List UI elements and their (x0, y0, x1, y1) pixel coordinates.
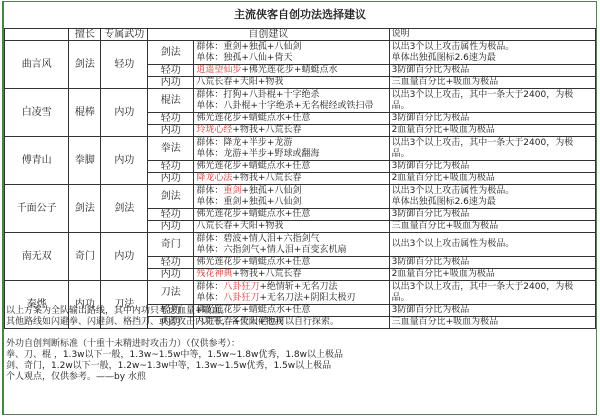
suggestion-prefix: 群体： (196, 42, 223, 52)
skill-note: 2血量百分比+吸血为极品 (389, 269, 595, 281)
suggestion-line: 群体：碧波+情人泪+六指剑气 (196, 234, 386, 245)
note-line: 以出3个以上攻击，其中一条大于2400，为极 (392, 138, 593, 149)
suggestion-text: +绝情斩+无名刀法 (259, 282, 337, 292)
table-body: 曲言风剑法轻功剑法群体：重剑+独孤+八仙剑单体：独孤+八仙+倚天以出3个以上攻击… (5, 41, 596, 329)
skill-note: 3防御百分比为极品 (389, 257, 595, 269)
suggestion-line: 单体：重剑+独孤+八仙剑 (196, 197, 386, 208)
note-line: 三血量百分比+吸血为极品 (392, 317, 593, 328)
suggestion-line: 单体：六指剑气+情人泪+百变玄机扇 (196, 245, 386, 256)
hero-exclusive: 内功 (101, 137, 148, 185)
note-line: 3防御百分比为极品 (392, 257, 593, 268)
skill-note: 以出3个以上攻击属性为极品。单体出独孤图标2.6速为最 (389, 185, 595, 209)
suggestion-line: 单体：八卦棍+十字绝杀+无名棍经或铁扫帚 (196, 101, 386, 112)
recommendation-table: 擅长 专属武功 自创建议 说明 曲言风剑法轻功剑法群体：重剑+独孤+八仙剑单体：… (4, 28, 596, 329)
suggestion-text: +物我+八荒长春 (232, 269, 301, 279)
suggestion-line: 单体：八卦狂刀+无名刀法+阴阳太极刃 (196, 293, 386, 304)
suggestion-prefix: 单体： (196, 197, 223, 207)
suggestion-text: +独孤+八仙剑 (241, 186, 301, 196)
skill-suggestion: 玲珑心经+物我+八荒长春 (194, 125, 389, 137)
suggestion-text: +物我+八荒长春 (232, 173, 301, 183)
header-suggestion: 自创建议 (148, 29, 389, 41)
suggestion-text: 六指剑气+情人泪+百变玄机扇 (223, 245, 346, 255)
suggestion-text: 降龙+半步+龙游 (223, 138, 292, 148)
note-line: 三血量百分比+吸血为极品 (392, 77, 593, 88)
skill-type: 剑法 (148, 41, 194, 65)
skill-type: 轻功 (148, 257, 194, 269)
suggestion-prefix: 单体： (196, 245, 223, 255)
skill-note: 以出3个以上攻击，其中一条大于2400，为极品。 (389, 137, 595, 161)
skill-type: 轻功 (148, 113, 194, 125)
skill-type: 轻功 (148, 209, 194, 221)
note-line: 3防御百分比为极品 (392, 305, 593, 316)
skill-note: 3防御百分比为极品 (389, 161, 595, 173)
note-line: 2血量百分比+吸血为极品 (392, 269, 593, 280)
skill-note: 2血量百分比+吸血为极品 (389, 173, 595, 185)
suggestion-text: 八荒长春+天阳+物我 (196, 77, 283, 87)
skill-suggestion: 群体：碧波+情人泪+六指剑气单体：六指剑气+情人泪+百变玄机扇 (194, 233, 389, 257)
skill-note: 以出3个以上攻击，其中一条大于2400，为极品。 (389, 281, 595, 305)
note-line: 3防御百分比为极品 (392, 113, 593, 124)
skill-suggestion: 佛光莲花步+蜻蜓点水+任意 (194, 161, 389, 173)
suggestion-line: 残花神典+物我+八荒长春 (196, 269, 386, 280)
hero-name: 白凌雪 (5, 89, 69, 137)
footer-note: 剑、奇门，1.2w以下一般，1.2w~1.3w中等，1.3w~1.5w优秀，1.… (6, 361, 343, 372)
footer-note: 其他路线如闪避拳、闪避剑、格挡刀、或者攻击内功等，各位大佬也可以自行探索。 (6, 317, 343, 328)
suggestion-text: 佛光莲花步+蜻蜓点水+任意 (196, 161, 310, 171)
highlighted-skill: 残花神典 (196, 269, 232, 279)
footer-note: 外功自创判断标准（十重十未精进时攻击力）（仅供参考）： (6, 339, 343, 350)
table-row: 千面公子剑法剑法剑法群体：重剑+独孤+八仙剑单体：重剑+独孤+八仙剑以出3个以上… (5, 185, 596, 209)
note-line: 3防御百分比为极品 (392, 209, 593, 220)
skill-note: 三血量百分比+吸血为极品 (389, 317, 595, 329)
suggestion-line: 群体：重剑+独孤+八仙剑 (196, 186, 386, 197)
suggestion-prefix: 单体： (196, 293, 223, 303)
skill-type: 轻功 (148, 161, 194, 173)
suggestion-text: 独孤+八仙+倚天 (223, 53, 292, 63)
skill-suggestion: 残花神典+物我+八荒长春 (194, 269, 389, 281)
suggestion-prefix: 群体： (196, 90, 223, 100)
suggestion-prefix: 群体： (196, 282, 223, 292)
table-row: 白凌雪棍棒内功棍法群体：打狗+八卦棍+十字绝杀单体：八卦棍+十字绝杀+无名棍经或… (5, 89, 596, 113)
suggestion-text: 打狗+八卦棍+十字绝杀 (223, 90, 319, 100)
suggestion-line: 佛光莲花步+蜻蜓点水+任意 (196, 257, 386, 268)
note-line: 3防御百分比为极品 (392, 65, 593, 76)
footer-note (6, 328, 343, 339)
header-exclusive: 专属武功 (101, 29, 148, 41)
skill-note: 2血量百分比+吸血为极品 (389, 125, 595, 137)
header-specialty: 擅长 (69, 29, 101, 41)
suggestion-line: 降龙心法+物我+八荒长春 (196, 173, 386, 184)
table-row: 秦烨内功刀法刀法群体：八卦狂刀+绝情斩+无名刀法单体：八卦狂刀+无名刀法+阴阳太… (5, 281, 596, 305)
suggestion-prefix: 单体： (196, 101, 223, 111)
hero-specialty: 棍棒 (69, 89, 101, 137)
suggestion-text: 佛光莲花步+蜻蜓点水+任意 (196, 113, 310, 123)
suggestion-prefix: 单体： (196, 53, 223, 63)
skill-type: 内功 (148, 125, 194, 137)
skill-note: 3防御百分比为极品 (389, 305, 595, 317)
skill-suggestion: 群体：重剑+独孤+八仙剑单体：独孤+八仙+倚天 (194, 41, 389, 65)
suggestion-line: 玲珑心经+物我+八荒长春 (196, 125, 386, 136)
suggestion-text: 佛光莲花步+蜻蜓点水+任意 (196, 209, 310, 219)
suggestion-line: 佛光莲花步+蜻蜓点水+任意 (196, 113, 386, 124)
suggestion-text: +佛光莲花步+蜻蜓点水 (241, 65, 337, 75)
note-line: 3防御百分比为极品 (392, 161, 593, 172)
hero-specialty: 剑法 (69, 185, 101, 233)
header-name (5, 29, 69, 41)
hero-specialty: 拳脚 (69, 137, 101, 185)
skill-type: 剑法 (148, 185, 194, 209)
hero-exclusive: 剑法 (101, 185, 148, 233)
highlighted-skill: 八卦狂刀 (223, 293, 259, 303)
hero-exclusive: 内功 (101, 233, 148, 281)
note-line: 2血量百分比+吸血为极品 (392, 173, 593, 184)
suggestion-prefix: 群体： (196, 138, 223, 148)
note-line: 单体出独孤图标2.6速为最 (392, 197, 593, 208)
skill-type: 内功 (148, 269, 194, 281)
skill-suggestion: 逍遥望仙步+佛光莲花步+蜻蜓点水 (194, 65, 389, 77)
hero-name: 千面公子 (5, 185, 69, 233)
hero-exclusive: 内功 (101, 89, 148, 137)
skill-suggestion: 群体：打狗+八卦棍+十字绝杀单体：八卦棍+十字绝杀+无名棍经或铁扫帚 (194, 89, 389, 113)
note-line: 以出3个以上攻击，其中一条大于2400，为极 (392, 282, 593, 293)
suggestion-text: 重剑+独孤+八仙剑 (223, 197, 301, 207)
skill-type: 奇门 (148, 233, 194, 257)
suggestion-text: 龙游+半步+野球或翻海 (223, 149, 319, 159)
skill-note: 3防御百分比为极品 (389, 113, 595, 125)
skill-suggestion: 群体：重剑+独孤+八仙剑单体：重剑+独孤+八仙剑 (194, 185, 389, 209)
footer-note: 以上方案为全队输出路线，其中内功只考虑血量+吸血。 (6, 306, 343, 317)
suggestion-text: 佛光莲花步+蜻蜓点水+任意 (196, 257, 310, 267)
highlighted-skill: 逍遥望仙步 (196, 65, 241, 75)
skill-suggestion: 佛光莲花步+蜻蜓点水+任意 (194, 113, 389, 125)
suggestion-line: 逍遥望仙步+佛光莲花步+蜻蜓点水 (196, 65, 386, 76)
page-title: 主流侠客自创功法选择建议 (4, 2, 596, 28)
skill-type: 棍法 (148, 89, 194, 113)
table-row: 南无双奇门内功奇门群体：碧波+情人泪+六指剑气单体：六指剑气+情人泪+百变玄机扇… (5, 233, 596, 257)
suggestion-line: 佛光莲花步+蜻蜓点水+任意 (196, 209, 386, 220)
highlighted-skill: 八卦狂刀 (223, 282, 259, 292)
suggestion-line: 群体：降龙+半步+龙游 (196, 138, 386, 149)
footer-notes: 以上方案为全队输出路线，其中内功只考虑血量+吸血。 其他路线如闪避拳、闪避剑、格… (6, 306, 343, 383)
hero-specialty: 剑法 (69, 41, 101, 89)
skill-type: 内功 (148, 77, 194, 89)
highlighted-skill: 降龙心法 (196, 173, 232, 183)
suggestion-line: 群体：打狗+八卦棍+十字绝杀 (196, 90, 386, 101)
suggestion-text: 碧波+情人泪+六指剑气 (223, 234, 319, 244)
note-line: 三血量百分比+吸血为极品 (392, 221, 593, 232)
note-line: 品。 (392, 293, 593, 304)
skill-type: 轻功 (148, 65, 194, 77)
table-header-row: 擅长 专属武功 自创建议 说明 (5, 29, 596, 41)
suggestion-line: 群体：重剑+独孤+八仙剑 (196, 42, 386, 53)
skill-suggestion: 佛光莲花步+蜻蜓点水+任意 (194, 209, 389, 221)
skill-suggestion: 降龙心法+物我+八荒长春 (194, 173, 389, 185)
hero-name: 曲言风 (5, 41, 69, 89)
suggestion-text: +无名刀法+阴阳太极刃 (259, 293, 355, 303)
hero-specialty: 奇门 (69, 233, 101, 281)
suggestion-line: 单体：独孤+八仙+倚天 (196, 53, 386, 64)
skill-note: 三血量百分比+吸血为极品 (389, 221, 595, 233)
hero-name: 南无双 (5, 233, 69, 281)
suggestion-text: 八荒长春+天阳+物我 (196, 221, 283, 231)
skill-type: 内功 (148, 221, 194, 233)
header-note: 说明 (389, 29, 595, 41)
note-line: 2血量百分比+吸血为极品 (392, 125, 593, 136)
skill-note: 三血量百分比+吸血为极品 (389, 77, 595, 89)
skill-note: 以出3个以上攻击属性为极品。单体出独孤图标2.6速为最 (389, 41, 595, 65)
skill-note: 3防御百分比为极品 (389, 65, 595, 77)
skill-note: 以出3个以上攻击，其中一条大于2400，为极品。 (389, 89, 595, 113)
suggestion-prefix: 群体： (196, 186, 223, 196)
note-line: 以出3个以上攻击属性为极品。 (392, 42, 593, 53)
note-line: 品。 (392, 101, 593, 112)
hero-name: 傅青山 (5, 137, 69, 185)
suggestion-text: 重剑+独孤+八仙剑 (223, 42, 301, 52)
skill-suggestion: 八荒长春+天阳+物我 (194, 221, 389, 233)
footer-note: 拳、刀、棍 ，1.3w以下一般，1.3w~1.5w中等，1.5w~1.8w优秀，… (6, 350, 343, 361)
skill-type: 拳法 (148, 137, 194, 161)
note-line: 品。 (392, 149, 593, 160)
skill-suggestion: 群体：八卦狂刀+绝情斩+无名刀法单体：八卦狂刀+无名刀法+阴阳太极刃 (194, 281, 389, 305)
suggestion-line: 八荒长春+天阳+物我 (196, 221, 386, 232)
note-line: 以出3个以上攻击，其中一条大于2400，为极 (392, 90, 593, 101)
skill-note: 以出3个以上攻击属性为极品。 (389, 233, 595, 257)
skill-type: 刀法 (148, 281, 194, 305)
suggestion-prefix: 单体： (196, 149, 223, 159)
highlighted-skill: 玲珑心经 (196, 125, 232, 135)
highlighted-skill: 重剑 (223, 186, 241, 196)
skill-suggestion: 佛光莲花步+蜻蜓点水+任意 (194, 257, 389, 269)
suggestion-line: 群体：八卦狂刀+绝情斩+无名刀法 (196, 282, 386, 293)
suggestion-line: 八荒长春+天阳+物我 (196, 77, 386, 88)
suggestion-line: 单体：龙游+半步+野球或翻海 (196, 149, 386, 160)
footer-note: 个人观点，仅供参考。——by 水煎 (6, 372, 343, 383)
note-line: 单体出独孤图标2.6速为最 (392, 53, 593, 64)
skill-note: 3防御百分比为极品 (389, 209, 595, 221)
document-frame: 主流侠客自创功法选择建议 擅长 专属武功 自创建议 说明 曲言风剑法轻功剑法群体… (2, 1, 597, 415)
hero-exclusive: 轻功 (101, 41, 148, 89)
note-line: 以出3个以上攻击属性为极品。 (392, 186, 593, 197)
skill-suggestion: 群体：降龙+半步+龙游单体：龙游+半步+野球或翻海 (194, 137, 389, 161)
suggestion-text: 八卦棍+十字绝杀+无名棍经或铁扫帚 (223, 101, 373, 111)
note-line: 以出3个以上攻击属性为极品。 (392, 239, 593, 250)
suggestion-line: 佛光莲花步+蜻蜓点水+任意 (196, 161, 386, 172)
suggestion-text: +物我+八荒长春 (232, 125, 301, 135)
table-row: 曲言风剑法轻功剑法群体：重剑+独孤+八仙剑单体：独孤+八仙+倚天以出3个以上攻击… (5, 41, 596, 65)
skill-type: 内功 (148, 173, 194, 185)
table-row: 傅青山拳脚内功拳法群体：降龙+半步+龙游单体：龙游+半步+野球或翻海以出3个以上… (5, 137, 596, 161)
skill-suggestion: 八荒长春+天阳+物我 (194, 77, 389, 89)
suggestion-prefix: 群体： (196, 234, 223, 244)
